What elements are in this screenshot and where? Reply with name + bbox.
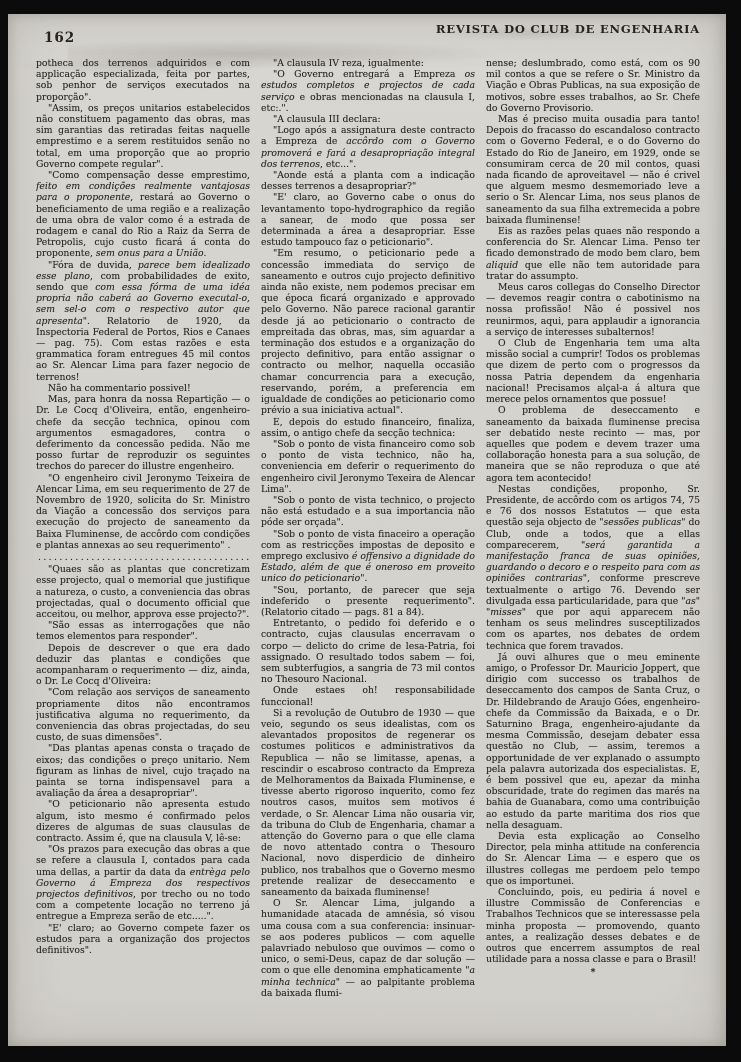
paragraph: "O engenheiro civil Jeronymo Teixeira de… [36, 473, 250, 551]
paragraph: "Sou, portanto, de parecer que seja inde… [261, 585, 475, 619]
paragraph: Concluindo, pois, eu pediria á novel e i… [486, 887, 700, 965]
paragraph: Meus caros collegas do Conselho Director… [486, 282, 700, 338]
paragraph: Nestas condições, proponho, Sr. Presiden… [486, 484, 700, 652]
paragraph: potheca dos terrenos adquiridos e com ap… [36, 58, 250, 103]
paragraph: Entretanto, o pedido foi deferido e o co… [261, 618, 475, 685]
text-columns: potheca dos terrenos adquiridos e com ap… [8, 56, 726, 1040]
paragraph: "Como compensação desse emprestimo, feit… [36, 170, 250, 260]
paragraph: "Sob o ponto de vista finaceiro a operaç… [261, 529, 475, 585]
paragraph: Não ha commentario possivel! [36, 383, 250, 394]
paragraph: Devia esta explicação ao Conselho Direct… [486, 831, 700, 887]
paragraph: O Club de Engenharia tem uma alta missão… [486, 338, 700, 405]
journal-title: REVISTA DO CLUB DE ENGENHARIA [436, 22, 700, 36]
column-2: "A clausula IV reza, igualmente:"O Gover… [261, 58, 475, 1040]
page-header: 162 REVISTA DO CLUB DE ENGENHARIA [34, 14, 700, 56]
paragraph: Mas é preciso muita ousadia para tanto! … [486, 114, 700, 226]
paragraph: "Em resumo, o peticionario pede a conces… [261, 248, 475, 416]
end-of-article-mark: * [486, 965, 700, 978]
paragraph: "O Governo entregará a Empreza os estudo… [261, 69, 475, 114]
paragraph: Depois de descrever o que era dado deduz… [36, 643, 250, 688]
paragraph: O Sr. Alencar Lima, julgando a humanidad… [261, 898, 475, 999]
paragraph: "E' claro, ao Governo cabe o onus do lev… [261, 192, 475, 248]
magazine-page: 162 REVISTA DO CLUB DE ENGENHARIA pothec… [8, 14, 726, 1046]
paragraph: "Das plantas apenas consta o traçado de … [36, 743, 250, 799]
paragraph: "Com relação aos serviços de saneamento … [36, 687, 250, 743]
paragraph: "Aonde está a planta com a indicação des… [261, 170, 475, 192]
paragraph: "Fóra de duvida, parece bem idealizado e… [36, 260, 250, 383]
column-3: nense; deslumbrado, como está, com os 90… [486, 58, 700, 1040]
dotted-separator: ........................................… [36, 551, 250, 564]
paragraph: "Sob o ponto de vista technico, o projec… [261, 495, 475, 529]
paragraph: Onde estaes oh! responsabilidade funccio… [261, 685, 475, 707]
paragraph: "E' claro; ao Governo compete fazer os e… [36, 923, 250, 957]
paragraph: Já ouvi alhures que o meu eminente amigo… [486, 652, 700, 831]
page-number: 162 [44, 30, 75, 46]
scan-background: 162 REVISTA DO CLUB DE ENGENHARIA pothec… [0, 0, 741, 1062]
paragraph: O problema de deseccamento e saneamento … [486, 405, 700, 483]
paragraph: "Logo após a assignatura deste contracto… [261, 125, 475, 170]
paragraph: "O peticionario não apresenta estudo alg… [36, 799, 250, 844]
paragraph: "A clausula IV reza, igualmente: [261, 58, 475, 69]
paragraph: nense; deslumbrado, como está, com os 90… [486, 58, 700, 114]
paragraph: E, depois do estudo financeiro, finaliza… [261, 417, 475, 439]
paragraph: "São essas as interrogações que não temo… [36, 620, 250, 642]
paragraph: Si a revolução de Outubro de 1930 — que … [261, 708, 475, 898]
paragraph: "A clausula III declara: [261, 114, 475, 125]
paragraph: "Os prazos para execução das obras a que… [36, 844, 250, 922]
paragraph: Eis as razões pelas quaes não respondo a… [486, 226, 700, 282]
paragraph: "Sob o ponto de vista financeiro como so… [261, 439, 475, 495]
paragraph: "Assim, os preços unitarios estabelecido… [36, 103, 250, 170]
column-1: potheca dos terrenos adquiridos e com ap… [36, 58, 250, 1040]
paragraph: "Quaes são as plantas que concretizam es… [36, 564, 250, 620]
paragraph: Mas, para honra da nossa Repartição — o … [36, 394, 250, 472]
